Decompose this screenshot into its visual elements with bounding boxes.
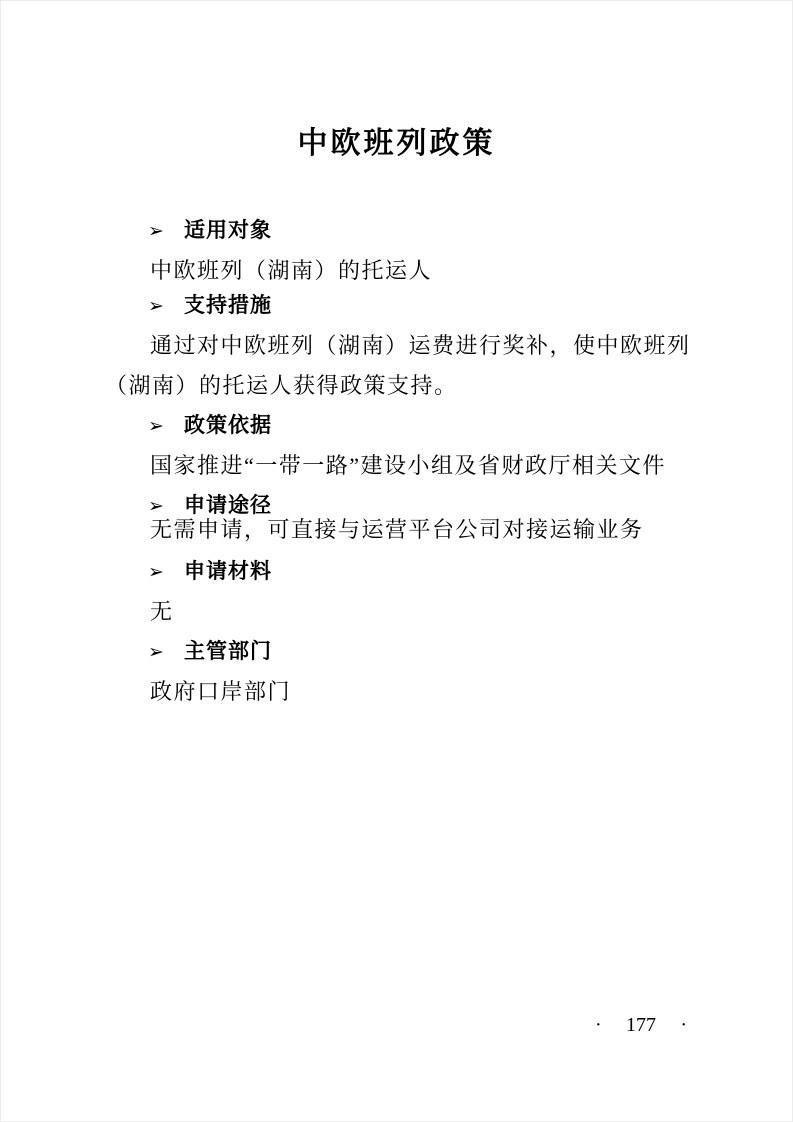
section-heading: 主管部门 [184, 632, 272, 672]
bullet-arrow-icon: ➢ [148, 297, 184, 316]
section-body: 无需申请，可直接与运营平台公司对接运输业务 [105, 510, 691, 550]
body-line: 政府口岸部门 [105, 672, 691, 712]
section-body: 国家推进“一带一路”建设小组及省财政厅相关文件 [105, 446, 691, 486]
bullet-arrow-icon: ➢ [148, 222, 184, 241]
section: ➢主管部门政府口岸部门 [105, 632, 691, 712]
section-body: 中欧班列（湖南）的托运人 [105, 251, 691, 291]
section-header: ➢适用对象 [148, 211, 691, 251]
section-header: ➢申请材料 [148, 552, 691, 592]
bullet-arrow-icon: ➢ [148, 417, 184, 436]
section: ➢申请途径无需申请，可直接与运营平台公司对接运输业务 [105, 486, 691, 550]
bullet-arrow-icon: ➢ [148, 643, 184, 662]
section: ➢适用对象中欧班列（湖南）的托运人 [105, 211, 691, 291]
section-body: 无 [105, 592, 691, 632]
section-header: ➢政策依据 [148, 406, 691, 446]
section-heading: 申请材料 [184, 552, 272, 592]
section-heading: 支持措施 [184, 286, 272, 326]
section-header: ➢主管部门 [148, 632, 691, 672]
body-line: （湖南）的托运人获得政策支持。 [105, 366, 691, 406]
body-line: 无需申请，可直接与运营平台公司对接运输业务 [105, 510, 691, 550]
body-line: 通过对中欧班列（湖南）运费进行奖补，使中欧班列 [105, 326, 691, 366]
page-number: 177 [626, 1012, 656, 1038]
content: ➢适用对象中欧班列（湖南）的托运人➢支持措施通过对中欧班列（湖南）运费进行奖补，… [105, 211, 691, 712]
section: ➢政策依据国家推进“一带一路”建设小组及省财政厅相关文件 [105, 406, 691, 486]
body-line: 国家推进“一带一路”建设小组及省财政厅相关文件 [105, 446, 691, 486]
page-footer: · 177 · [595, 1012, 687, 1038]
bullet-arrow-icon: ➢ [148, 563, 184, 582]
section: ➢支持措施通过对中欧班列（湖南）运费进行奖补，使中欧班列（湖南）的托运人获得政策… [105, 286, 691, 406]
section: ➢申请材料无 [105, 552, 691, 632]
section-header: ➢支持措施 [148, 286, 691, 326]
section-body: 通过对中欧班列（湖南）运费进行奖补，使中欧班列（湖南）的托运人获得政策支持。 [105, 326, 691, 406]
body-line: 中欧班列（湖南）的托运人 [105, 251, 691, 291]
footer-dot-right: · [680, 1012, 687, 1038]
section-body: 政府口岸部门 [105, 672, 691, 712]
document-page: 中欧班列政策 ➢适用对象中欧班列（湖南）的托运人➢支持措施通过对中欧班列（湖南）… [0, 0, 793, 1122]
body-line: 无 [105, 592, 691, 632]
section-heading: 适用对象 [184, 211, 272, 251]
section-heading: 政策依据 [184, 406, 272, 446]
footer-dot-left: · [595, 1012, 602, 1038]
page-title: 中欧班列政策 [1, 124, 792, 164]
